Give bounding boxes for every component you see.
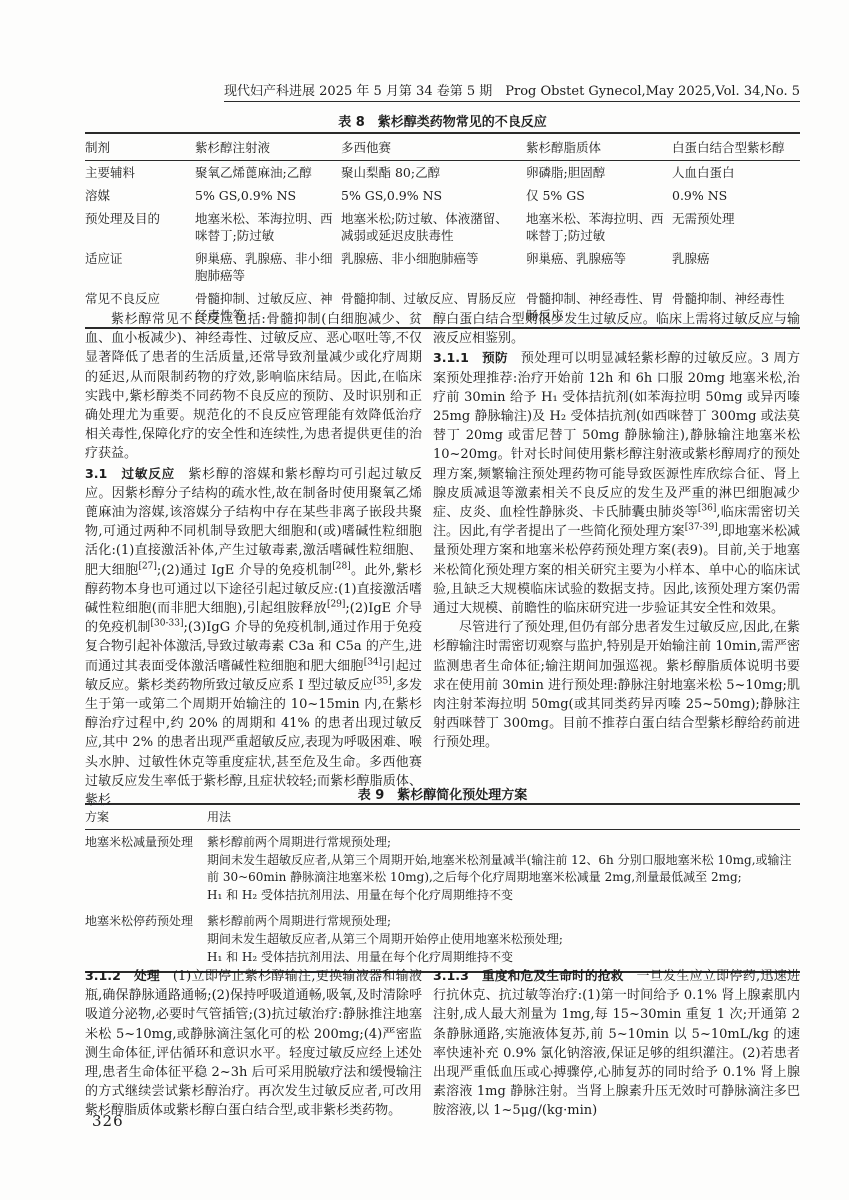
- journal-header-text: 现代妇产科进展 2025 年 5 月第 34 卷第 5 期 Prog Obste…: [224, 84, 800, 102]
- table9-caption: 表 9 紫杉醇简化预处理方案: [85, 784, 800, 803]
- page-number: 326: [92, 1112, 124, 1130]
- table8-row: 适应证 卵巢癌、乳腺癌、非小细胞肺癌等 乳腺癌、非小细胞肺癌等 卵巢癌、乳腺癌等…: [85, 247, 800, 287]
- body-right-column-bottom: 3.1.3 重度和危及生命时的抢救 一旦发生应立即停药,迅速进行抗休克、抗过敏等…: [433, 966, 800, 1121]
- table9-col-header: 用法: [207, 804, 800, 830]
- table8-cell: 预处理及目的: [85, 207, 195, 247]
- usage-line: 期间未发生超敏反应者,从第三个周期开始,地塞米松剂量减半(输注前 12、6h 分…: [207, 852, 796, 886]
- table8-cell: 卵巢癌、乳腺癌等: [526, 247, 672, 287]
- table8-cell: 地塞米松、苯海拉明、西咪替丁;防过敏: [526, 207, 672, 247]
- table9-simplified-premedication: 方案 用法 地塞米松减量预处理 紫杉醇前两个周期进行常规预处理; 期间未发生超敏…: [85, 803, 800, 973]
- table8-cell: 地塞米松、苯海拉明、西咪替丁;防过敏: [195, 207, 341, 247]
- table9-col-header: 方案: [85, 804, 207, 830]
- paragraph-continuation: 醇白蛋白结合型则很少发生过敏反应。临床上需将过敏反应与输液反应相鉴别。: [433, 310, 800, 348]
- table8-cell: 0.9% NS: [672, 184, 800, 207]
- table8-col-header: 制剂: [85, 133, 195, 161]
- table8-cell: 人血白蛋白: [672, 161, 800, 185]
- paragraph-intro: 紫杉醇常见不良反应包括:骨髓抑制(白细胞减少、贫血、血小板减少)、神经毒性、过敏…: [85, 310, 422, 464]
- table8-cell: 乳腺癌、非小细胞肺癌等: [341, 247, 526, 287]
- section-3-1-1-text: 预处理可以明显减轻紫杉醇的过敏反应。3 周方案预处理推荐:治疗开始前 12h 和…: [433, 351, 800, 616]
- section-3-1-2: 3.1.2 处理 (1)立即停止紫杉醇输注,更换输液器和输液瓶,确保静脉通路通畅…: [85, 966, 422, 1121]
- section-3-1-2-heading: 3.1.2 处理: [85, 968, 173, 983]
- table8-cell: 地塞米松;防过敏、体液潴留、减弱或延迟皮肤毒性: [341, 207, 526, 247]
- section-3-1-3: 3.1.3 重度和危及生命时的抢救 一旦发生应立即停药,迅速进行抗休克、抗过敏等…: [433, 966, 800, 1121]
- journal-page: 现代妇产科进展 2025 年 5 月第 34 卷第 5 期 Prog Obste…: [0, 0, 849, 1200]
- table9-header-row: 方案 用法: [85, 804, 800, 830]
- body-right-column-top: 醇白蛋白结合型则很少发生过敏反应。临床上需将过敏反应与输液反应相鉴别。 3.1.…: [433, 310, 800, 753]
- section-3-1-text: 紫杉醇的溶媒和紫杉醇均可引起过敏反应。因紫杉醇分子结构的疏水性,故在制备时使用聚…: [85, 467, 422, 808]
- table8-col-header: 白蛋白结合型紫杉醇: [672, 133, 800, 161]
- table8-cell: 无需预处理: [672, 207, 800, 247]
- table8-row: 预处理及目的 地塞米松、苯海拉明、西咪替丁;防过敏 地塞米松;防过敏、体液潴留、…: [85, 207, 800, 247]
- section-3-1: 3.1 过敏反应 紫杉醇的溶媒和紫杉醇均可引起过敏反应。因紫杉醇分子结构的疏水性…: [85, 464, 422, 811]
- table8-cell: 卵巢癌、乳腺癌、非小细胞肺癌等: [195, 247, 341, 287]
- section-3-1-1-heading: 3.1.1 预防: [433, 350, 521, 365]
- table9-usage-cell: 紫杉醇前两个周期进行常规预处理; 期间未发生超敏反应者,从第三个周期开始,地塞米…: [207, 830, 800, 910]
- table9-scheme-cell: 地塞米松停药预处理: [85, 909, 207, 972]
- body-left-column-top: 紫杉醇常见不良反应包括:骨髓抑制(白细胞减少、贫血、血小板减少)、神经毒性、过敏…: [85, 310, 422, 810]
- section-3-1-2-text: (1)立即停止紫杉醇输注,更换输液器和输液瓶,确保静脉通路通畅;(2)保持呼吸道…: [85, 969, 422, 1118]
- table9-usage-cell: 紫杉醇前两个周期进行常规预处理; 期间未发生超敏反应者,从第三个周期开始停止使用…: [207, 909, 800, 972]
- table8-cell: 仅 5% GS: [526, 184, 672, 207]
- usage-line: 紫杉醇前两个周期进行常规预处理;: [207, 834, 796, 851]
- table8-col-header: 紫杉醇注射液: [195, 133, 341, 161]
- usage-line: 期间未发生超敏反应者,从第三个周期开始停止使用地塞米松预处理;: [207, 931, 796, 948]
- table8-adverse-reactions: 制剂 紫杉醇注射液 多西他赛 紫杉醇脂质体 白蛋白结合型紫杉醇 主要辅料 聚氧乙…: [85, 132, 800, 329]
- table8-cell: 主要辅料: [85, 161, 195, 185]
- table8-row: 溶媒 5% GS,0.9% NS 5% GS,0.9% NS 仅 5% GS 0…: [85, 184, 800, 207]
- usage-line: 紫杉醇前两个周期进行常规预处理;: [207, 913, 796, 930]
- usage-line: H₁ 和 H₂ 受体拮抗剂用法、用量在每个化疗周期维持不变: [207, 949, 796, 966]
- table8-cell: 5% GS,0.9% NS: [341, 184, 526, 207]
- table8-cell: 5% GS,0.9% NS: [195, 184, 341, 207]
- table8-cell: 卵磷脂;胆固醇: [526, 161, 672, 185]
- table8-header-row: 制剂 紫杉醇注射液 多西他赛 紫杉醇脂质体 白蛋白结合型紫杉醇: [85, 133, 800, 161]
- table8-cell: 聚氧乙烯蓖麻油;乙醇: [195, 161, 341, 185]
- table8-row: 主要辅料 聚氧乙烯蓖麻油;乙醇 聚山梨酯 80;乙醇 卵磷脂;胆固醇 人血白蛋白: [85, 161, 800, 185]
- usage-line: H₁ 和 H₂ 受体拮抗剂用法、用量在每个化疗周期维持不变: [207, 887, 796, 904]
- paragraph-monitoring: 尽管进行了预处理,但仍有部分患者发生过敏反应,因此,在紫杉醇输注时需密切观察与监…: [433, 618, 800, 752]
- page-header: 现代妇产科进展 2025 年 5 月第 34 卷第 5 期 Prog Obste…: [224, 80, 800, 99]
- section-3-1-heading: 3.1 过敏反应: [85, 466, 188, 481]
- section-3-1-1: 3.1.1 预防 预处理可以明显减轻紫杉醇的过敏反应。3 周方案预处理推荐:治疗…: [433, 348, 800, 618]
- table8-cell: 溶媒: [85, 184, 195, 207]
- section-3-1-3-text: 一旦发生应立即停药,迅速进行抗休克、抗过敏等治疗:(1)第一时间给予 0.1% …: [433, 969, 800, 1118]
- table8-cell: 乳腺癌: [672, 247, 800, 287]
- table8-caption: 表 8 紫杉醇类药物常见的不良反应: [85, 111, 800, 130]
- table9-row: 地塞米松减量预处理 紫杉醇前两个周期进行常规预处理; 期间未发生超敏反应者,从第…: [85, 830, 800, 910]
- table8-col-header: 紫杉醇脂质体: [526, 133, 672, 161]
- table8-col-header: 多西他赛: [341, 133, 526, 161]
- table8-cell: 适应证: [85, 247, 195, 287]
- table9-scheme-cell: 地塞米松减量预处理: [85, 830, 207, 910]
- body-left-column-bottom: 3.1.2 处理 (1)立即停止紫杉醇输注,更换输液器和输液瓶,确保静脉通路通畅…: [85, 966, 422, 1121]
- table8-cell: 聚山梨酯 80;乙醇: [341, 161, 526, 185]
- section-3-1-3-heading: 3.1.3 重度和危及生命时的抢救: [433, 968, 637, 983]
- table9-row: 地塞米松停药预处理 紫杉醇前两个周期进行常规预处理; 期间未发生超敏反应者,从第…: [85, 909, 800, 972]
